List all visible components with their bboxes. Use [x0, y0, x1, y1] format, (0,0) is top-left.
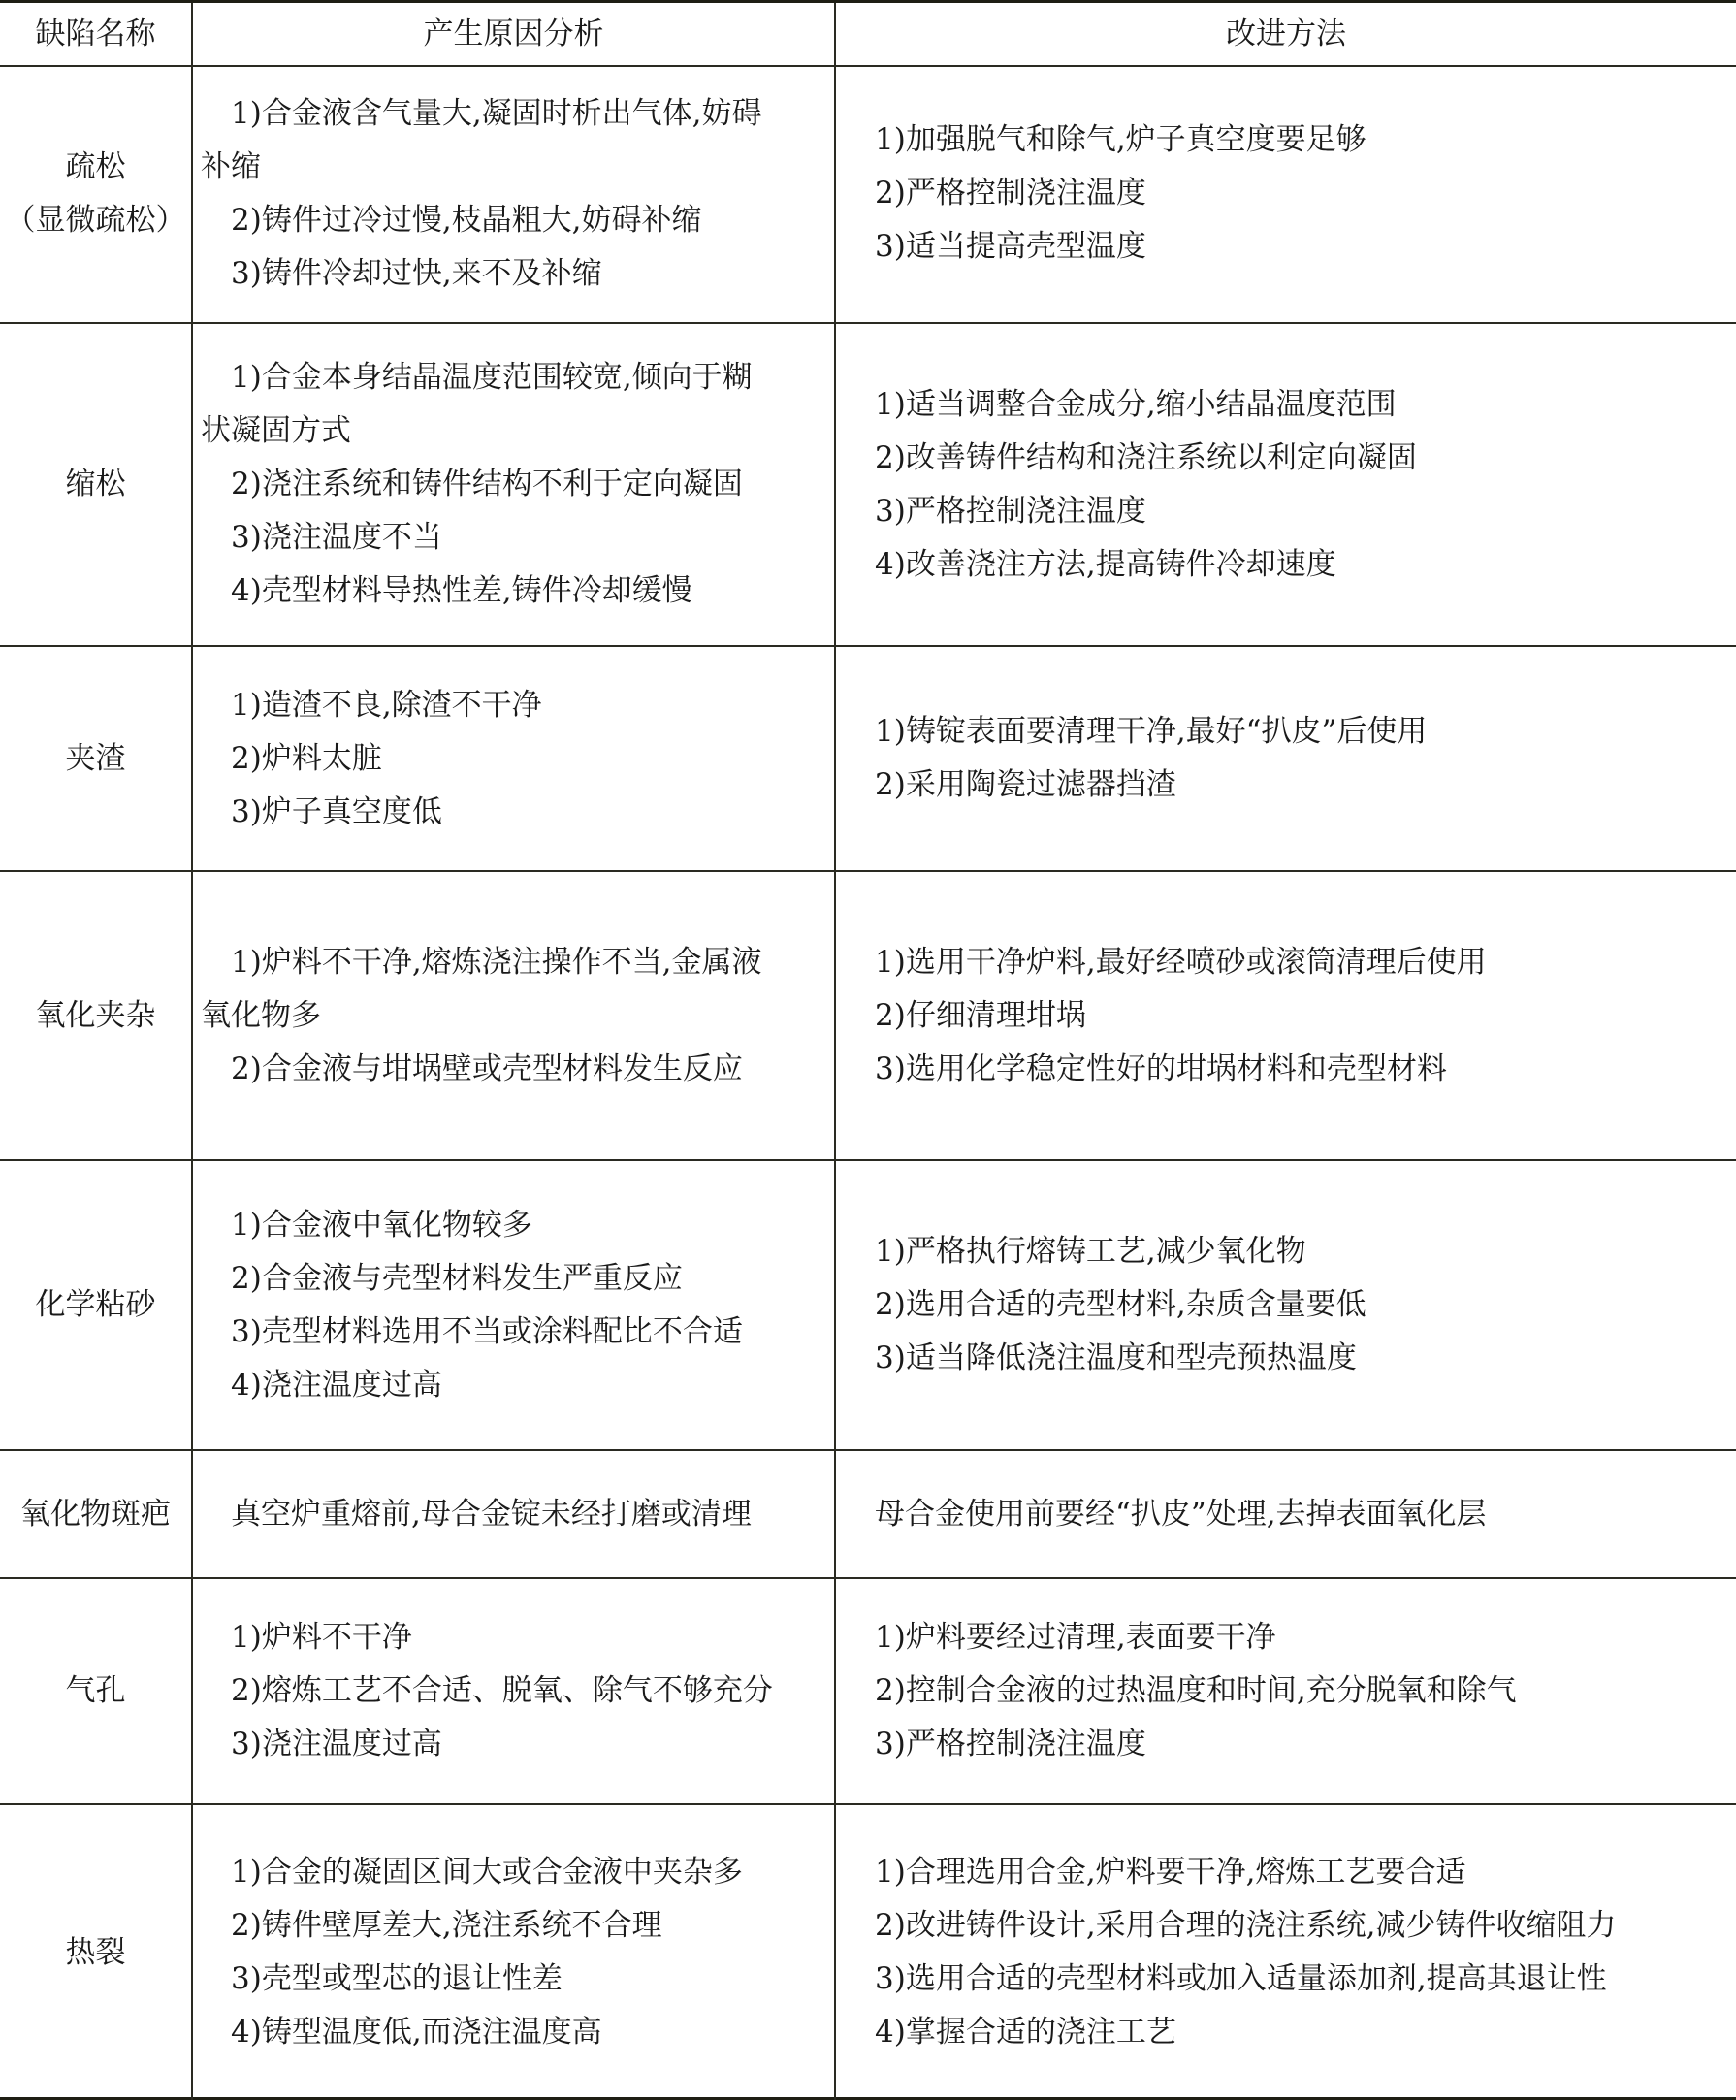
defect-table: 缺陷名称 产生原因分析 改进方法 疏松 （显微疏松） 1)合金液含气量大,凝固时…: [0, 0, 1736, 2100]
cause-line: 3)炉子真空度低: [201, 786, 834, 839]
table-row: 氧化夹杂 1)炉料不干净,熔炼浇注操作不当,金属液 氧化物多 2)合金液与坩埚壁…: [0, 872, 1736, 1161]
cause-line: 2)铸件过冷过慢,枝晶粗大,妨碍补缩: [201, 194, 834, 247]
header-label: 产生原因分析: [424, 5, 604, 63]
remedy-line: 1)加强脱气和除气,炉子真空度要足够: [875, 113, 1736, 167]
cause-line: 2)铸件壁厚差大,浇注系统不合理: [201, 1899, 834, 1953]
remedy-line: 2)仔细清理坩埚: [875, 989, 1736, 1043]
defect-name: 疏松: [66, 141, 126, 194]
defect-name-cell: 氧化夹杂: [0, 872, 193, 1159]
cause-line: 1)合金液含气量大,凝固时析出气体,妨碍: [201, 87, 834, 141]
cause-line: 4)浇注温度过高: [201, 1359, 834, 1412]
cause-line: 4)铸型温度低,而浇注温度高: [201, 2006, 834, 2059]
remedy-line: 2)控制合金液的过热温度和时间,充分脱氧和除气: [875, 1664, 1736, 1718]
defect-name: 氧化夹杂: [36, 989, 156, 1043]
remedy-line: 3)适当降低浇注温度和型壳预热温度: [875, 1332, 1736, 1385]
cause-cell: 真空炉重熔前,母合金锭未经打磨或清理: [193, 1451, 836, 1577]
cause-line: 1)炉料不干净,熔炼浇注操作不当,金属液: [201, 936, 834, 989]
cause-line: 氧化物多: [201, 989, 834, 1043]
remedy-line: 3)适当提高壳型温度: [875, 220, 1736, 274]
cause-line: 3)铸件冷却过快,来不及补缩: [201, 247, 834, 301]
remedy-line: 2)采用陶瓷过滤器挡渣: [875, 759, 1736, 812]
remedy-line: 2)选用合适的壳型材料,杂质含量要低: [875, 1278, 1736, 1332]
table-header-row: 缺陷名称 产生原因分析 改进方法: [0, 3, 1736, 67]
remedy-line: 3)严格控制浇注温度: [875, 485, 1736, 538]
remedy-line: 3)选用合适的壳型材料或加入适量添加剂,提高其退让性: [875, 1953, 1736, 2006]
cause-cell: 1)炉料不干净,熔炼浇注操作不当,金属液 氧化物多 2)合金液与坩埚壁或壳型材料…: [193, 872, 836, 1159]
header-defect-name: 缺陷名称: [0, 3, 193, 65]
remedy-line: 2)改进铸件设计,采用合理的浇注系统,减少铸件收缩阻力: [875, 1899, 1736, 1953]
defect-name: 氧化物斑疤: [20, 1488, 171, 1541]
remedy-cell: 1)铸锭表面要清理干净,最好“扒皮”后使用 2)采用陶瓷过滤器挡渣: [836, 647, 1736, 870]
remedy-cell: 1)加强脱气和除气,炉子真空度要足够 2)严格控制浇注温度 3)适当提高壳型温度: [836, 65, 1736, 322]
defect-name-cell: 热裂: [0, 1805, 193, 2100]
remedy-line: 3)选用化学稳定性好的坩埚材料和壳型材料: [875, 1043, 1736, 1096]
table-row: 氧化物斑疤 真空炉重熔前,母合金锭未经打磨或清理 母合金使用前要经“扒皮”处理,…: [0, 1451, 1736, 1579]
defect-name: 热裂: [66, 1926, 126, 1980]
remedy-line: 1)严格执行熔铸工艺,减少氧化物: [875, 1225, 1736, 1278]
remedy-line: 4)掌握合适的浇注工艺: [875, 2006, 1736, 2059]
cause-line: 4)壳型材料导热性差,铸件冷却缓慢: [201, 565, 834, 618]
header-label: 改进方法: [1226, 5, 1346, 63]
cause-cell: 1)合金液中氧化物较多 2)合金液与壳型材料发生严重反应 3)壳型材料选用不当或…: [193, 1161, 836, 1449]
cause-line: 2)合金液与坩埚壁或壳型材料发生反应: [201, 1043, 834, 1096]
cause-line: 状凝固方式: [201, 404, 834, 458]
defect-name-cell: 疏松 （显微疏松）: [0, 65, 193, 322]
defect-name-cell: 气孔: [0, 1579, 193, 1803]
remedy-cell: 1)严格执行熔铸工艺,减少氧化物 2)选用合适的壳型材料,杂质含量要低 3)适当…: [836, 1161, 1736, 1449]
cause-line: 3)浇注温度不当: [201, 511, 834, 565]
cause-line: 1)造渣不良,除渣不干净: [201, 679, 834, 732]
header-label: 缺陷名称: [36, 5, 156, 63]
remedy-cell: 1)合理选用合金,炉料要干净,熔炼工艺要合适 2)改进铸件设计,采用合理的浇注系…: [836, 1805, 1736, 2100]
remedy-cell: 1)选用干净炉料,最好经喷砂或滚筒清理后使用 2)仔细清理坩埚 3)选用化学稳定…: [836, 872, 1736, 1159]
cause-cell: 1)合金液含气量大,凝固时析出气体,妨碍 补缩 2)铸件过冷过慢,枝晶粗大,妨碍…: [193, 65, 836, 322]
remedy-cell: 1)炉料要经过清理,表面要干净 2)控制合金液的过热温度和时间,充分脱氧和除气 …: [836, 1579, 1736, 1803]
remedy-line: 3)严格控制浇注温度: [875, 1718, 1736, 1771]
cause-line: 补缩: [201, 141, 834, 194]
cause-line: 1)炉料不干净: [201, 1611, 834, 1664]
cause-cell: 1)造渣不良,除渣不干净 2)炉料太脏 3)炉子真空度低: [193, 647, 836, 870]
cause-line: 2)浇注系统和铸件结构不利于定向凝固: [201, 458, 834, 511]
cause-line: 3)壳型材料选用不当或涂料配比不合适: [201, 1306, 834, 1359]
remedy-line: 母合金使用前要经“扒皮”处理,去掉表面氧化层: [875, 1488, 1736, 1541]
cause-line: 1)合金液中氧化物较多: [201, 1199, 834, 1252]
table-row: 缩松 1)合金本身结晶温度范围较宽,倾向于糊 状凝固方式 2)浇注系统和铸件结构…: [0, 324, 1736, 647]
remedy-line: 2)改善铸件结构和浇注系统以利定向凝固: [875, 432, 1736, 485]
defect-name-cell: 化学粘砂: [0, 1161, 193, 1449]
defect-name-cell: 氧化物斑疤: [0, 1451, 193, 1577]
cause-line: 2)熔炼工艺不合适、脱氧、除气不够充分: [201, 1664, 834, 1718]
remedy-line: 2)严格控制浇注温度: [875, 167, 1736, 220]
remedy-cell: 母合金使用前要经“扒皮”处理,去掉表面氧化层: [836, 1451, 1736, 1577]
cause-line: 真空炉重熔前,母合金锭未经打磨或清理: [201, 1488, 834, 1541]
cause-line: 2)炉料太脏: [201, 732, 834, 786]
defect-name-note: （显微疏松）: [6, 194, 186, 247]
table-row: 夹渣 1)造渣不良,除渣不干净 2)炉料太脏 3)炉子真空度低 1)铸锭表面要清…: [0, 647, 1736, 872]
remedy-line: 1)铸锭表面要清理干净,最好“扒皮”后使用: [875, 705, 1736, 759]
cause-cell: 1)炉料不干净 2)熔炼工艺不合适、脱氧、除气不够充分 3)浇注温度过高: [193, 1579, 836, 1803]
remedy-line: 1)合理选用合金,炉料要干净,熔炼工艺要合适: [875, 1846, 1736, 1899]
defect-name: 夹渣: [66, 732, 126, 786]
table-row: 化学粘砂 1)合金液中氧化物较多 2)合金液与壳型材料发生严重反应 3)壳型材料…: [0, 1161, 1736, 1451]
remedy-line: 1)炉料要经过清理,表面要干净: [875, 1611, 1736, 1664]
table-row: 疏松 （显微疏松） 1)合金液含气量大,凝固时析出气体,妨碍 补缩 2)铸件过冷…: [0, 65, 1736, 324]
defect-name: 气孔: [66, 1664, 126, 1718]
cause-line: 1)合金本身结晶温度范围较宽,倾向于糊: [201, 351, 834, 404]
cause-cell: 1)合金本身结晶温度范围较宽,倾向于糊 状凝固方式 2)浇注系统和铸件结构不利于…: [193, 324, 836, 645]
cause-line: 3)壳型或型芯的退让性差: [201, 1953, 834, 2006]
remedy-line: 1)适当调整合金成分,缩小结晶温度范围: [875, 378, 1736, 432]
header-cause-analysis: 产生原因分析: [193, 3, 836, 65]
defect-name: 缩松: [66, 458, 126, 511]
cause-line: 2)合金液与壳型材料发生严重反应: [201, 1252, 834, 1306]
remedy-cell: 1)适当调整合金成分,缩小结晶温度范围 2)改善铸件结构和浇注系统以利定向凝固 …: [836, 324, 1736, 645]
header-improvement-method: 改进方法: [836, 3, 1736, 65]
table-row: 热裂 1)合金的凝固区间大或合金液中夹杂多 2)铸件壁厚差大,浇注系统不合理 3…: [0, 1805, 1736, 2100]
defect-name-cell: 夹渣: [0, 647, 193, 870]
cause-line: 1)合金的凝固区间大或合金液中夹杂多: [201, 1846, 834, 1899]
defect-name-cell: 缩松: [0, 324, 193, 645]
remedy-line: 1)选用干净炉料,最好经喷砂或滚筒清理后使用: [875, 936, 1736, 989]
defect-name: 化学粘砂: [36, 1278, 156, 1332]
remedy-line: 4)改善浇注方法,提高铸件冷却速度: [875, 538, 1736, 592]
cause-cell: 1)合金的凝固区间大或合金液中夹杂多 2)铸件壁厚差大,浇注系统不合理 3)壳型…: [193, 1805, 836, 2100]
cause-line: 3)浇注温度过高: [201, 1718, 834, 1771]
table-row: 气孔 1)炉料不干净 2)熔炼工艺不合适、脱氧、除气不够充分 3)浇注温度过高 …: [0, 1579, 1736, 1805]
